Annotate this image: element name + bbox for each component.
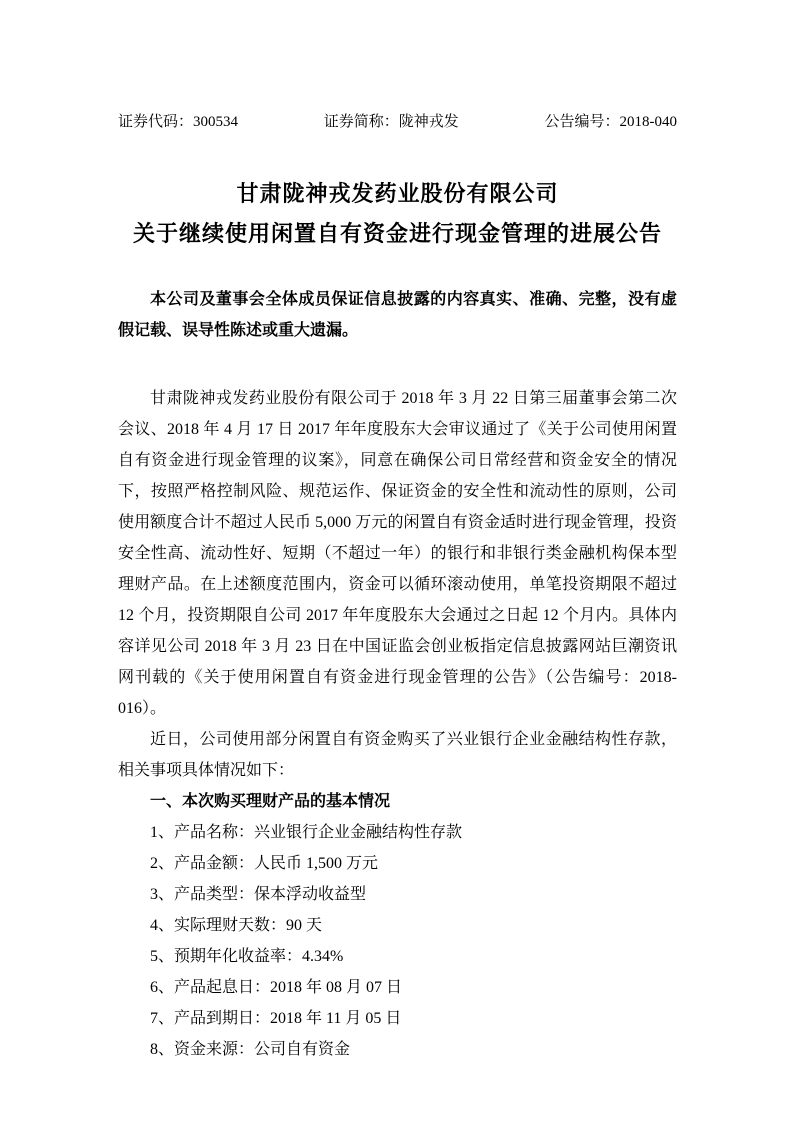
announcement-title: 关于继续使用闲置自有资金进行现金管理的进展公告	[118, 214, 677, 254]
list-item-maturity-date: 7、产品到期日：2018 年 11 月 05 日	[118, 1003, 677, 1034]
product-detail-list: 1、产品名称：兴业银行企业金融结构性存款 2、产品金额：人民币 1,500 万元…	[118, 817, 677, 1065]
stock-name-label: 证券简称：陇神戎发	[324, 112, 459, 132]
list-item-start-date: 6、产品起息日：2018 年 08 月 07 日	[118, 972, 677, 1003]
announcement-number-label: 公告编号：2018-040	[545, 112, 678, 132]
company-name-title: 甘肃陇神戎发药业股份有限公司	[118, 174, 677, 214]
purchase-intro-paragraph: 近日，公司使用部分闲置自有资金购买了兴业银行企业金融结构性存款，相关事项具体情况…	[118, 724, 677, 786]
document-header: 证券代码：300534 证券简称：陇神戎发 公告编号：2018-040	[118, 112, 677, 132]
list-item-fund-source: 8、资金来源：公司自有资金	[118, 1034, 677, 1065]
list-item-expected-yield: 5、预期年化收益率：4.34%	[118, 941, 677, 972]
list-item-term-days: 4、实际理财天数：90 天	[118, 910, 677, 941]
list-item-product-type: 3、产品类型：保本浮动收益型	[118, 879, 677, 910]
announcement-document-page: 证券代码：300534 证券简称：陇神戎发 公告编号：2018-040 甘肃陇神…	[0, 0, 793, 1122]
board-guarantee-notice: 本公司及董事会全体成员保证信息披露的内容真实、准确、完整，没有虚假记载、误导性陈…	[118, 284, 677, 346]
section-heading-basic-info: 一、本次购买理财产品的基本情况	[118, 786, 677, 817]
list-item-product-name: 1、产品名称：兴业银行企业金融结构性存款	[118, 817, 677, 848]
stock-code-label: 证券代码：300534	[118, 112, 238, 132]
background-paragraph: 甘肃陇神戎发药业股份有限公司于 2018 年 3 月 22 日第三届董事会第二次…	[118, 383, 677, 724]
list-item-product-amount: 2、产品金额：人民币 1,500 万元	[118, 848, 677, 879]
